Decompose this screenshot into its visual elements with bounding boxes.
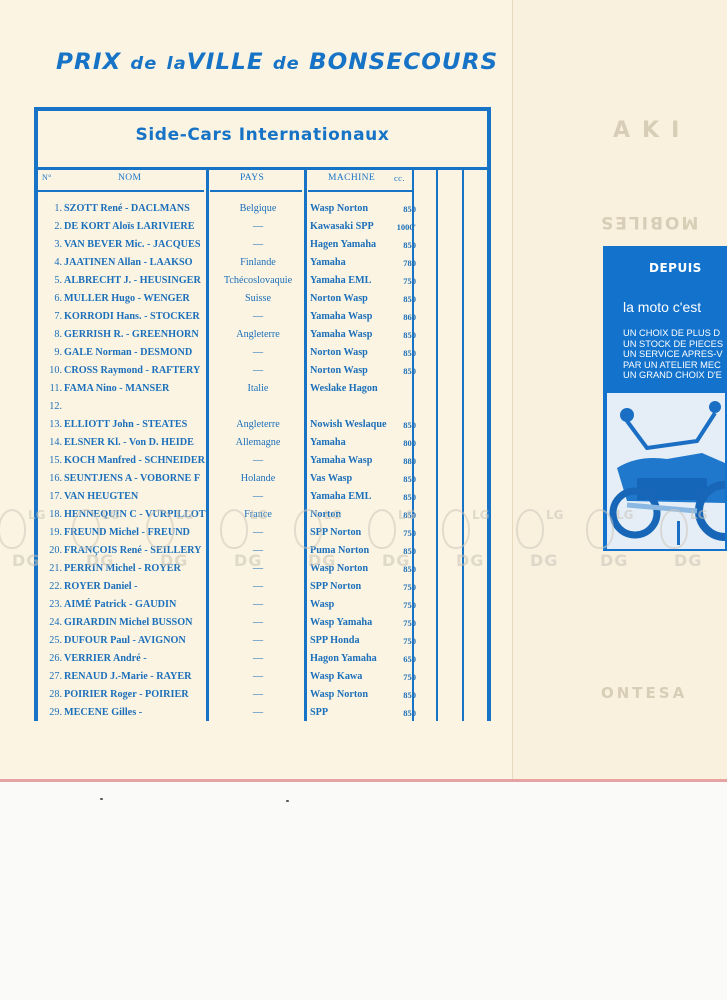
divider [38, 167, 487, 170]
row-number: 12. [44, 401, 62, 412]
table-row: 4.JAATINEN Allan - LAAKSOFinlandeYamaha7… [38, 255, 487, 273]
row-machine: Yamaha EML [310, 491, 371, 502]
row-country: Angleterre [210, 419, 306, 430]
advert-lines: UN CHOIX DE PLUS D UN STOCK DE PIECES UN… [623, 328, 723, 381]
watermark-logo: LGDG [72, 507, 142, 575]
table-row: 23.AIMÉ Patrick - GAUDIN—Wasp750 [38, 597, 487, 615]
row-number: 17. [44, 491, 62, 502]
watermark-text: LG [324, 509, 342, 522]
divider [308, 190, 412, 192]
row-country: Italie [210, 383, 306, 394]
header-pays: PAYS [240, 173, 264, 183]
watermark-logo: LGDG [442, 507, 512, 575]
row-cc: 750 [388, 618, 416, 628]
watermark-text: DG [600, 551, 628, 570]
advert-line: UN SERVICE APRES-V [623, 349, 723, 360]
advert-line: UN STOCK DE PIECES [623, 339, 723, 350]
row-country: Allemagne [210, 437, 306, 448]
watermark-text: LG [690, 509, 708, 522]
row-number: 29. [44, 707, 62, 718]
row-number: 11. [44, 383, 62, 394]
row-machine: SPP Norton [310, 581, 361, 592]
row-name: DE KORT Aloïs LARIVIERE [64, 221, 195, 232]
ghost-text-ontesa: ONTESA [601, 684, 687, 702]
title-word: de [273, 54, 300, 74]
row-cc: 650 [388, 654, 416, 664]
table-row: 27.RENAUD J.-Marie - RAYER—Wasp Kawa750 [38, 669, 487, 687]
row-number: 2. [44, 221, 62, 232]
watermark-logo: LGDG [516, 507, 586, 575]
watermark-text: LG [546, 509, 564, 522]
row-machine: Wasp Norton [310, 203, 368, 214]
row-country: — [210, 635, 306, 646]
row-number: 3. [44, 239, 62, 250]
advert-line: UN CHOIX DE PLUS D [623, 328, 723, 339]
row-cc: 750 [388, 672, 416, 682]
row-number: 13. [44, 419, 62, 430]
row-number: 15. [44, 455, 62, 466]
row-number: 16. [44, 473, 62, 484]
speck [286, 800, 289, 802]
row-cc: 750 [388, 582, 416, 592]
row-machine: Wasp [310, 599, 334, 610]
entries-table: Side-Cars Internationaux N° NOM PAYS MAC… [34, 107, 491, 721]
row-number: 28. [44, 689, 62, 700]
row-cc: 850 [388, 708, 416, 718]
table-row: 10.CROSS Raymond - RAFTERY—Norton Wasp85… [38, 363, 487, 381]
row-name: ELLIOTT John - STEATES [64, 419, 187, 430]
row-machine: Yamaha [310, 437, 346, 448]
row-country: — [210, 689, 306, 700]
row-country: — [210, 617, 306, 628]
watermark-logo: LGDG [294, 507, 364, 575]
divider [210, 190, 302, 192]
watermark-logo: LGDG [586, 507, 656, 575]
header-machine: MACHINE [328, 173, 375, 183]
row-number: 8. [44, 329, 62, 340]
row-machine: Wasp Kawa [310, 671, 362, 682]
table-row: 5.ALBRECHT J. - HEUSINGERTchécoslovaquie… [38, 273, 487, 291]
watermark-text: LG [250, 509, 268, 522]
row-number: 27. [44, 671, 62, 682]
row-cc: 750 [388, 276, 416, 286]
watermark-text: LG [28, 509, 46, 522]
row-cc: 850 [388, 330, 416, 340]
row-name: CROSS Raymond - RAFTERY [64, 365, 200, 376]
row-cc: 850 [388, 420, 416, 430]
row-cc: 850 [388, 348, 416, 358]
table-row: 9.GALE Norman - DESMOND—Norton Wasp850 [38, 345, 487, 363]
motorcycle-advert: DEPUIS la moto c'est UN CHOIX DE PLUS D … [603, 246, 727, 551]
row-number: 24. [44, 617, 62, 628]
row-cc: 750 [388, 600, 416, 610]
row-country: — [210, 491, 306, 502]
watermark-logo: LGDG [660, 507, 727, 575]
row-name: DUFOUR Paul - AVIGNON [64, 635, 186, 646]
row-name: MECENE Gilles - [64, 707, 142, 718]
watermark-logo: LGDG [368, 507, 438, 575]
table-row: 15.KOCH Manfred - SCHNEIDER—Yamaha Wasp8… [38, 453, 487, 471]
watermark-text: LG [176, 509, 194, 522]
table-row: 14.ELSNER Kl. - Von D. HEIDEAllemagneYam… [38, 435, 487, 453]
table-row: 17.VAN HEUGTEN—Yamaha EML850 [38, 489, 487, 507]
title-word: de [130, 54, 157, 74]
row-cc: 750 [388, 636, 416, 646]
row-number: 6. [44, 293, 62, 304]
table-row: 16.SEUNTJENS A - VOBORNE FHolandeVas Was… [38, 471, 487, 489]
row-name: AIMÉ Patrick - GAUDIN [64, 599, 176, 610]
table-row: 29.MECENE Gilles -—SPP850 [38, 705, 487, 723]
header-cc: cc. [394, 173, 405, 183]
row-cc: 850 [388, 690, 416, 700]
row-name: JAATINEN Allan - LAAKSO [64, 257, 193, 268]
row-country: — [210, 221, 306, 232]
row-name: SEUNTJENS A - VOBORNE F [64, 473, 200, 484]
table-title: Side-Cars Internationaux [38, 125, 487, 145]
watermark-text: DG [674, 551, 702, 570]
watermark-text: DG [382, 551, 410, 570]
table-row: 3.VAN BEVER Mic. - JACQUES—Hagen Yamaha8… [38, 237, 487, 255]
row-country: Finlande [210, 257, 306, 268]
row-number: 23. [44, 599, 62, 610]
row-country: Holande [210, 473, 306, 484]
table-row: 24.GIRARDIN Michel BUSSON—Wasp Yamaha750 [38, 615, 487, 633]
row-machine: Hagon Yamaha [310, 653, 377, 664]
row-number: 7. [44, 311, 62, 322]
row-name: RENAUD J.-Marie - RAYER [64, 671, 192, 682]
advert-line: UN GRAND CHOIX D'E [623, 370, 723, 381]
row-country: Angleterre [210, 329, 306, 340]
watermark-text: LG [102, 509, 120, 522]
row-name: POIRIER Roger - POIRIER [64, 689, 189, 700]
divider [38, 190, 204, 192]
table-row: 8.GERRISH R. - GREENHORNAngleterreYamaha… [38, 327, 487, 345]
row-name: VAN HEUGTEN [64, 491, 138, 502]
row-country: — [210, 581, 306, 592]
row-country: Belgique [210, 203, 306, 214]
row-name: ROYER Daniel - [64, 581, 138, 592]
advert-line: PAR UN ATELIER MEC [623, 360, 723, 371]
watermark-text: DG [234, 551, 262, 570]
table-row: 11.FAMA Nino - MANSERItalieWeslake Hagon [38, 381, 487, 399]
table-row: 25.DUFOUR Paul - AVIGNON—SPP Honda750 [38, 633, 487, 651]
row-machine: SPP [310, 707, 328, 718]
row-machine: Wasp Norton [310, 689, 368, 700]
watermark-text: LG [472, 509, 490, 522]
row-name: KORRODI Hans. - STOCKER [64, 311, 200, 322]
row-cc: 850 [388, 474, 416, 484]
row-machine: Wasp Yamaha [310, 617, 372, 628]
title-word: VILLE [187, 50, 264, 75]
row-name: VAN BEVER Mic. - JACQUES [64, 239, 201, 250]
row-name: GERRISH R. - GREENHORN [64, 329, 199, 340]
speck [100, 798, 103, 800]
row-machine: SPP Honda [310, 635, 360, 646]
row-machine: Yamaha Wasp [310, 329, 372, 340]
row-name: FAMA Nino - MANSER [64, 383, 169, 394]
table-row: 7.KORRODI Hans. - STOCKER—Yamaha Wasp860 [38, 309, 487, 327]
row-machine: Hagen Yamaha [310, 239, 376, 250]
header-nom: NOM [118, 173, 141, 183]
row-number: 4. [44, 257, 62, 268]
row-number: 10. [44, 365, 62, 376]
row-name: GIRARDIN Michel BUSSON [64, 617, 192, 628]
row-machine: Yamaha EML [310, 275, 371, 286]
watermark-text: DG [12, 551, 40, 570]
row-country: Tchécoslovaquie [210, 275, 306, 286]
page-title: PRIX de laVILLE de BONSECOURS [56, 50, 498, 75]
watermark-logo: LGDG [220, 507, 290, 575]
table-row: 6.MULLER Hugo - WENGERSuisseNorton Wasp8… [38, 291, 487, 309]
row-cc: 850 [388, 366, 416, 376]
row-country: — [210, 599, 306, 610]
row-name: GALE Norman - DESMOND [64, 347, 192, 358]
row-machine: Norton Wasp [310, 365, 368, 376]
row-machine: Nowish Weslaque [310, 419, 387, 430]
watermark-logo: LGDG [0, 507, 68, 575]
row-machine: Norton Wasp [310, 347, 368, 358]
table-row: 26.VERRIER André -—Hagon Yamaha650 [38, 651, 487, 669]
row-machine: Yamaha Wasp [310, 455, 372, 466]
row-name: VERRIER André - [64, 653, 147, 664]
row-country: — [210, 455, 306, 466]
row-number: 22. [44, 581, 62, 592]
watermark-text: DG [160, 551, 188, 570]
table-row: 22.ROYER Daniel -—SPP Norton750 [38, 579, 487, 597]
table-row: 2.DE KORT Aloïs LARIVIERE—Kawasaki SPP10… [38, 219, 487, 237]
advert-subheading: la moto c'est [623, 299, 701, 315]
row-machine: Yamaha [310, 257, 346, 268]
row-cc: 800 [388, 438, 416, 448]
watermark-logo: LGDG [146, 507, 216, 575]
row-machine: Weslake Hagon [310, 383, 378, 394]
table-row: 12. [38, 399, 487, 417]
row-country: — [210, 365, 306, 376]
title-word: BONSECOURS [309, 50, 498, 75]
watermark-text: DG [530, 551, 558, 570]
row-name: MULLER Hugo - WENGER [64, 293, 190, 304]
ghost-text-mobiles: MOBILES [599, 212, 698, 232]
row-country: — [210, 347, 306, 358]
watermark-text: DG [86, 551, 114, 570]
row-cc: 850 [388, 204, 416, 214]
row-cc: 850 [388, 240, 416, 250]
row-country: — [210, 311, 306, 322]
ghost-text-aki: AKI [613, 118, 691, 143]
watermark-text: LG [398, 509, 416, 522]
row-machine: Vas Wasp [310, 473, 352, 484]
advert-heading: DEPUIS [649, 261, 702, 275]
row-machine: Norton Wasp [310, 293, 368, 304]
row-cc: 780 [388, 258, 416, 268]
row-name: ELSNER Kl. - Von D. HEIDE [64, 437, 194, 448]
row-number: 14. [44, 437, 62, 448]
watermark-text: LG [616, 509, 634, 522]
row-number: 1. [44, 203, 62, 214]
row-country: — [210, 671, 306, 682]
background-surface [0, 782, 727, 1000]
row-number: 25. [44, 635, 62, 646]
row-name: KOCH Manfred - SCHNEIDER [64, 455, 205, 466]
table-row: 13.ELLIOTT John - STEATESAngleterreNowis… [38, 417, 487, 435]
row-country: — [210, 653, 306, 664]
row-name: ALBRECHT J. - HEUSINGER [64, 275, 201, 286]
table-row: 1.SZOTT René - DACLMANSBelgiqueWasp Nort… [38, 201, 487, 219]
table-row: 28.POIRIER Roger - POIRIER—Wasp Norton85… [38, 687, 487, 705]
row-number: 9. [44, 347, 62, 358]
row-cc: 1000' [388, 222, 416, 232]
row-cc: 880 [388, 456, 416, 466]
row-cc: 850 [388, 294, 416, 304]
row-number: 5. [44, 275, 62, 286]
header-num: N° [42, 173, 52, 182]
row-machine: Kawasaki SPP [310, 221, 374, 232]
row-country: — [210, 707, 306, 718]
row-machine: Yamaha Wasp [310, 311, 372, 322]
row-country: — [210, 239, 306, 250]
watermark-text: DG [456, 551, 484, 570]
title-word: PRIX [56, 50, 121, 75]
row-number: 26. [44, 653, 62, 664]
watermark-text: DG [308, 551, 336, 570]
row-name: SZOTT René - DACLMANS [64, 203, 190, 214]
row-cc: 860 [388, 312, 416, 322]
title-word: la [167, 54, 187, 74]
row-cc: 850 [388, 492, 416, 502]
row-country: Suisse [210, 293, 306, 304]
